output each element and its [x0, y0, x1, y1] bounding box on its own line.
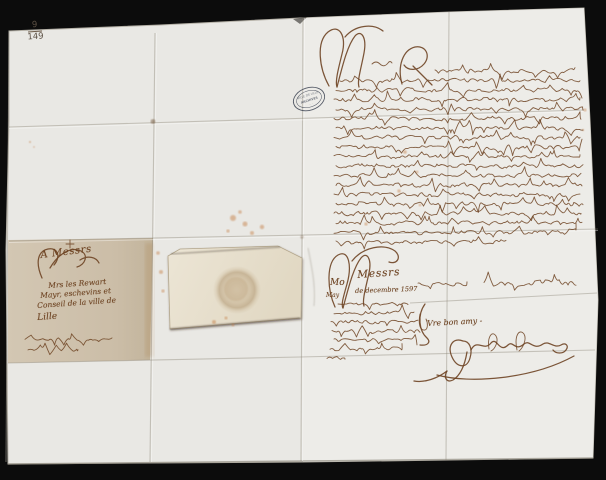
foxing-spot [230, 215, 236, 221]
photo-background: VILLE DE LILLE ARCHIVES · · · [0, 0, 606, 480]
foxing-spot [225, 317, 228, 320]
folio-number: 9 149 [26, 20, 44, 41]
foxing-spot [161, 289, 164, 292]
foxing-spot [232, 324, 235, 327]
margin-note-2: May [326, 293, 339, 299]
folio-top: 9 [26, 20, 43, 30]
manuscript-sheet: VILLE DE LILLE ARCHIVES · · · [0, 0, 606, 480]
foxing-spot [226, 229, 229, 232]
margin-note: Mo [330, 279, 345, 288]
foxing-spot [159, 270, 163, 274]
folio-bottom: 149 [27, 32, 44, 42]
foxing-spot [29, 141, 31, 143]
foxing-spot [584, 109, 587, 112]
foxing-spot [419, 204, 422, 207]
foxing-spot [243, 222, 248, 227]
foxing-spot [364, 222, 367, 225]
seal-ghost [213, 266, 261, 314]
foxing-spot [250, 231, 254, 235]
foxing-spot [403, 150, 407, 154]
foxing-spot [260, 225, 264, 229]
foxing-spot [397, 189, 400, 192]
foxing-spot [212, 320, 216, 324]
foxing-spot [238, 210, 242, 214]
foxing-spot [33, 146, 35, 148]
foxing-spot [156, 251, 160, 255]
right-leaf [303, 8, 598, 462]
address-line-4: Lille [37, 313, 58, 323]
